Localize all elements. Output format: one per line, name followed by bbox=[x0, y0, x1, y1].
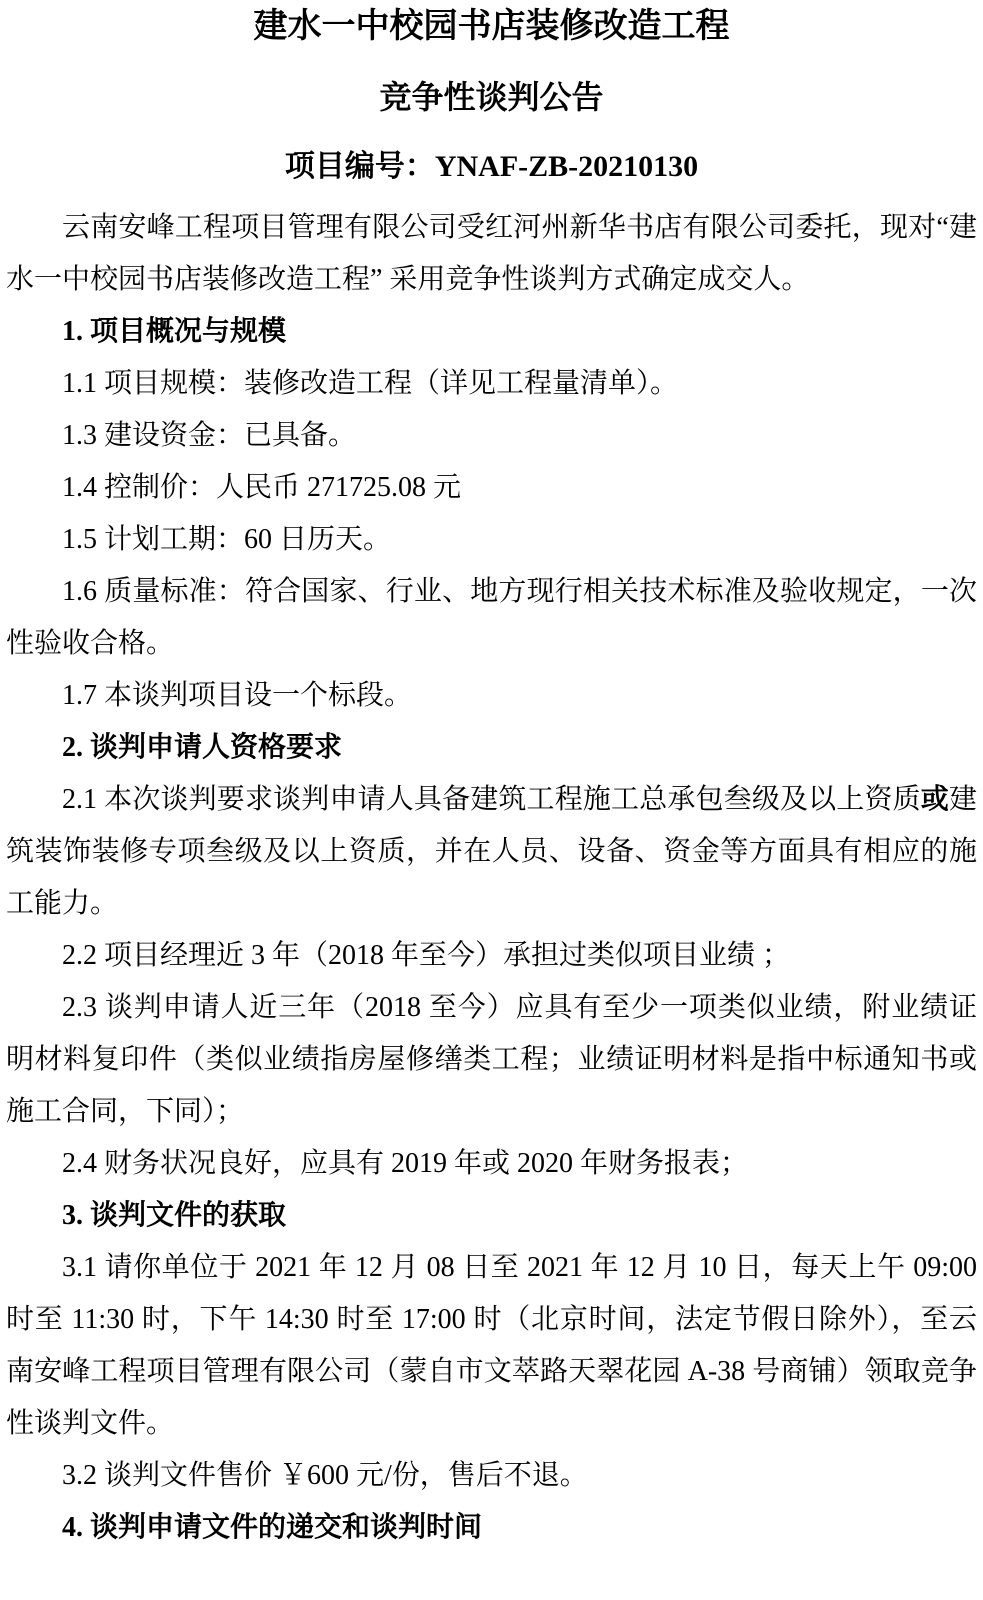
item-1-1: 1.1 项目规模：装修改造工程（详见工程量清单）。 bbox=[6, 358, 977, 410]
item-2-1-text: 2.1 本次谈判要求谈判申请人具备建筑工程施工总承包叁级及以上资质 bbox=[62, 784, 921, 815]
item-3-2: 3.2 谈判文件售价 ￥600 元/份，售后不退。 bbox=[6, 1450, 977, 1502]
item-2-1: 2.1 本次谈判要求谈判申请人具备建筑工程施工总承包叁级及以上资质或建筑装饰装修… bbox=[6, 774, 977, 930]
section-3-heading: 3. 谈判文件的获取 bbox=[6, 1190, 977, 1242]
document-title: 建水一中校园书店装修改造工程 bbox=[6, 0, 977, 62]
section-2-heading: 2. 谈判申请人资格要求 bbox=[6, 722, 977, 774]
intro-paragraph: 云南安峰工程项目管理有限公司受红河州新华书店有限公司委托，现对“建水一中校园书店… bbox=[6, 202, 977, 306]
document-subtitle: 竞争性谈判公告 bbox=[6, 62, 977, 132]
item-1-4: 1.4 控制价：人民币 271725.08 元 bbox=[6, 462, 977, 514]
project-number: 项目编号：YNAF-ZB-20210130 bbox=[6, 132, 977, 202]
section-4-heading: 4. 谈判申请文件的递交和谈判时间 bbox=[6, 1502, 977, 1554]
item-2-1-bold-or: 或 bbox=[921, 784, 949, 815]
item-1-6: 1.6 质量标准：符合国家、行业、地方现行相关技术标准及验收规定，一次性验收合格… bbox=[6, 566, 977, 670]
item-1-5: 1.5 计划工期：60 日历天。 bbox=[6, 514, 977, 566]
item-2-3: 2.3 谈判申请人近三年（2018 至今）应具有至少一项类似业绩，附业绩证明材料… bbox=[6, 982, 977, 1138]
item-1-3: 1.3 建设资金：已具备。 bbox=[6, 410, 977, 462]
item-2-4: 2.4 财务状况良好，应具有 2019 年或 2020 年财务报表； bbox=[6, 1138, 977, 1190]
section-1-heading: 1. 项目概况与规模 bbox=[6, 306, 977, 358]
document-page: 建水一中校园书店装修改造工程 竞争性谈判公告 项目编号：YNAF-ZB-2021… bbox=[0, 0, 983, 1592]
item-2-2: 2.2 项目经理近 3 年（2018 年至今）承担过类似项目业绩 ； bbox=[6, 930, 977, 982]
item-1-7: 1.7 本谈判项目设一个标段。 bbox=[6, 670, 977, 722]
item-3-1: 3.1 请你单位于 2021 年 12 月 08 日至 2021 年 12 月 … bbox=[6, 1242, 977, 1450]
